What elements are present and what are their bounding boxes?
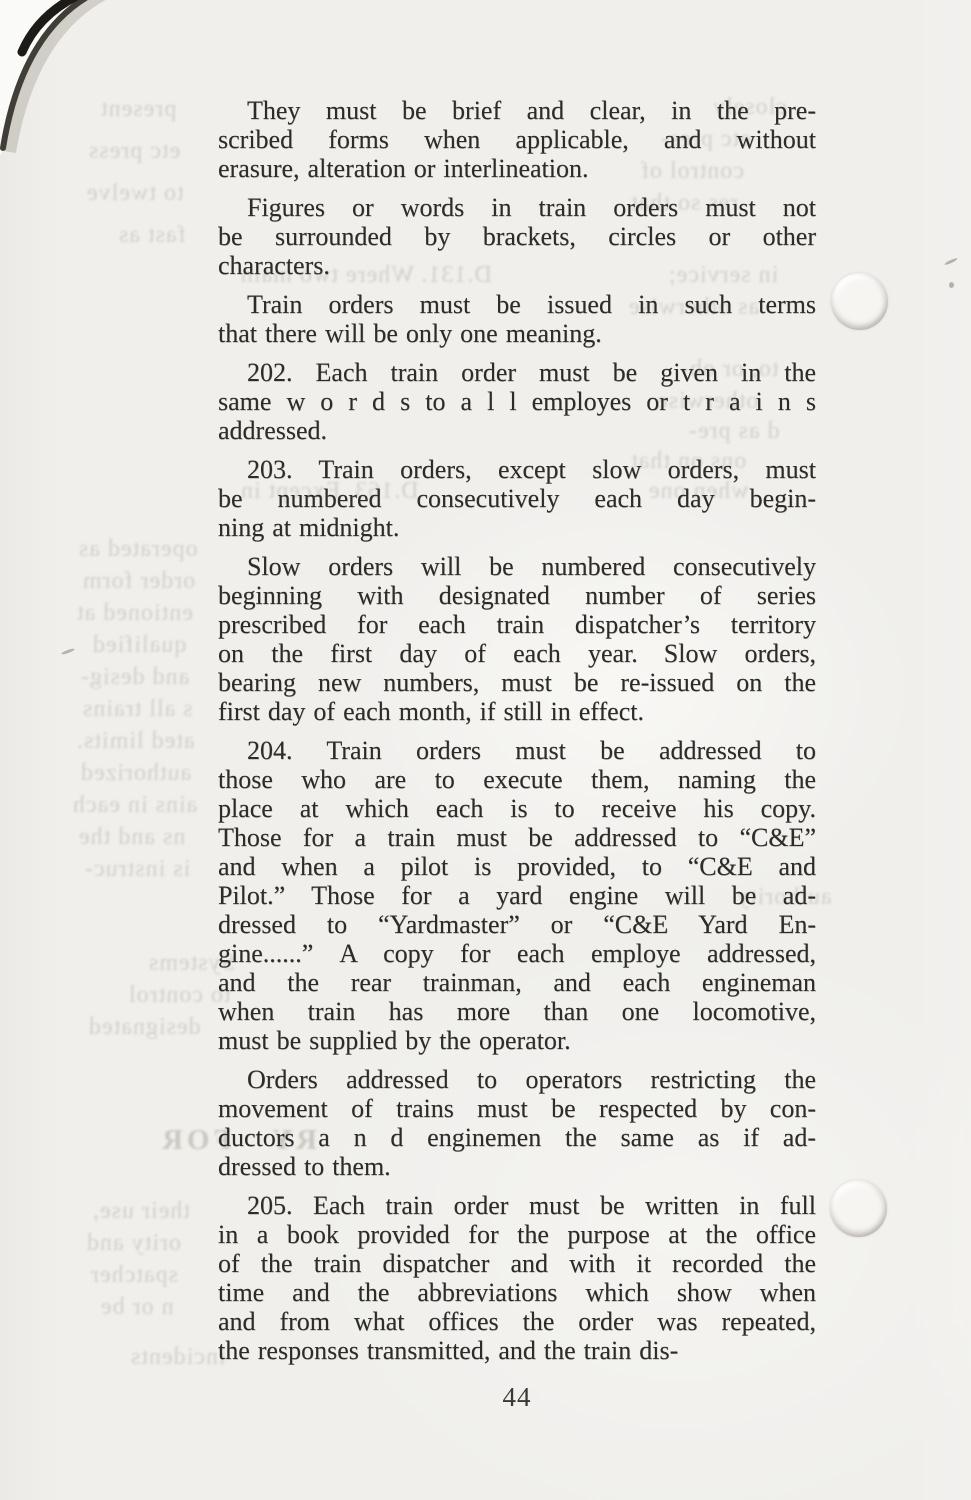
bleed-through-text: incidents [130, 1344, 226, 1371]
rule-205-paragraph: 205. Each train order must be written in… [218, 1191, 816, 1365]
bleed-through-text: operated as [78, 536, 198, 563]
paragraph-line: They must be brief and clear, in the pre… [218, 96, 816, 125]
bleed-through-text: spatcher [90, 1262, 178, 1289]
rule-204-paragraph: 204. Train orders must be addressed to t… [218, 736, 816, 1055]
page-curl-mark [0, 0, 150, 170]
paragraph-slow-orders: Slow orders will be numbered consecutive… [218, 552, 816, 726]
paragraph-line: dressed to them. [218, 1152, 816, 1181]
paragraph-line: be surrounded by brackets, circles or ot… [218, 222, 816, 251]
paragraph-line: when train has more than one locomotive, [218, 997, 816, 1026]
bleed-through-text: entioned at [76, 600, 193, 627]
paragraph-brief-and-clear: They must be brief and clear, in the pre… [218, 96, 816, 183]
bleed-through-text: is instruc- [84, 856, 190, 883]
body-text: They must be brief and clear, in the pre… [218, 96, 816, 1375]
bleed-through-text: ns and the [78, 824, 185, 851]
paragraph-one-meaning: Train orders must be issued in such term… [218, 290, 816, 348]
bleed-through-text: their use, [92, 1198, 190, 1225]
paper-speck [949, 282, 954, 288]
page-number: 44 [218, 1382, 816, 1413]
bleed-through-text: ains in each [72, 792, 197, 819]
paragraph-line: characters. [218, 251, 816, 280]
paragraph-line: erasure, alteration or interlineation. [218, 154, 816, 183]
paragraph-line: Pilot.” Those for a yard engine will be … [218, 881, 816, 910]
bleed-through-text: fast as [118, 222, 186, 249]
bleed-through-text: order form [82, 568, 195, 595]
punch-hole [830, 1180, 887, 1237]
paragraph-line: 205. Each train order must be written in… [218, 1191, 816, 1220]
bleed-through-text: ated limits. [76, 728, 195, 755]
bleed-through-text: and desig- [80, 664, 189, 691]
paragraph-line: be numbered consecutively each day begin… [218, 484, 816, 513]
bleed-through-text: s all trains [82, 696, 193, 723]
paragraph-line: beginning with designated number of seri… [218, 581, 816, 610]
paragraph-line: ning at midnight. [218, 513, 816, 542]
paragraph-line: 202. Each train order must be given in t… [218, 358, 816, 387]
paragraph-line: those who are to execute them, naming th… [218, 765, 816, 794]
paragraph-line: and from what offices the order was repe… [218, 1307, 816, 1336]
rule-202-paragraph: 202. Each train order must be given in t… [218, 358, 816, 445]
paragraph-line: bearing new numbers, must be re-issued o… [218, 668, 816, 697]
paragraph-line: dressed to “Yardmaster” or “C&E Yard En- [218, 910, 816, 939]
bleed-through-text: designated [88, 1014, 201, 1041]
paragraph-line: first day of each month, if still in eff… [218, 697, 816, 726]
paragraph-line: time and the abbreviations which show wh… [218, 1278, 816, 1307]
paragraph-line: movement of trains must be respected by … [218, 1094, 816, 1123]
paper-speck [61, 648, 75, 656]
paragraph-line: Those for a train must be addressed to “… [218, 823, 816, 852]
paragraph-line: of the train dispatcher and with it reco… [218, 1249, 816, 1278]
paragraph-line: in a book provided for the purpose at th… [218, 1220, 816, 1249]
paragraph-line: Train orders must be issued in such term… [218, 290, 816, 319]
paper-speck [944, 257, 958, 266]
paragraph-line: on the first day of each year. Slow orde… [218, 639, 816, 668]
paragraph-line: and when a pilot is provided, to “C&E an… [218, 852, 816, 881]
paragraph-line: that there will be only one meaning. [218, 319, 816, 348]
book-page: { "page": { "number": "44" }, "document"… [0, 0, 971, 1500]
bleed-through-text: to twelve [86, 180, 184, 207]
paragraph-line: addressed. [218, 416, 816, 445]
bleed-through-text: to control [128, 982, 231, 1009]
paragraph-line: ductors a n d enginemen the same as if a… [218, 1123, 816, 1152]
paragraph-line: 203. Train orders, except slow orders, m… [218, 455, 816, 484]
paragraph-line: Orders addressed to operators restrictin… [218, 1065, 816, 1094]
paragraph-line: scribed forms when applicable, and witho… [218, 125, 816, 154]
bleed-through-text: authorized [80, 760, 191, 787]
paragraph-orders-to-operators: Orders addressed to operators restrictin… [218, 1065, 816, 1181]
paragraph-line: and the rear trainman, and each enginema… [218, 968, 816, 997]
bleed-through-text: qualified [92, 632, 186, 659]
paragraph-line: 204. Train orders must be addressed to [218, 736, 816, 765]
paragraph-line: place at which each is to receive his co… [218, 794, 816, 823]
paragraph-line: Slow orders will be numbered consecutive… [218, 552, 816, 581]
paragraph-line: same w o r d s to a l l employes or t r … [218, 387, 816, 416]
paragraph-line: prescribed for each train dispatcher’s t… [218, 610, 816, 639]
rule-203-paragraph: 203. Train orders, except slow orders, m… [218, 455, 816, 542]
paragraph-line: gine......” A copy for each employe addr… [218, 939, 816, 968]
bleed-through-text: n or be [100, 1294, 174, 1321]
paragraph-figures-words: Figures or words in train orders must no… [218, 193, 816, 280]
paragraph-line: Figures or words in train orders must no… [218, 193, 816, 222]
bleed-through-text: ority and [86, 1230, 181, 1257]
paragraph-line: the responses transmitted, and the train… [218, 1336, 816, 1365]
paragraph-line: must be supplied by the operator. [218, 1026, 816, 1055]
punch-hole [831, 273, 888, 330]
